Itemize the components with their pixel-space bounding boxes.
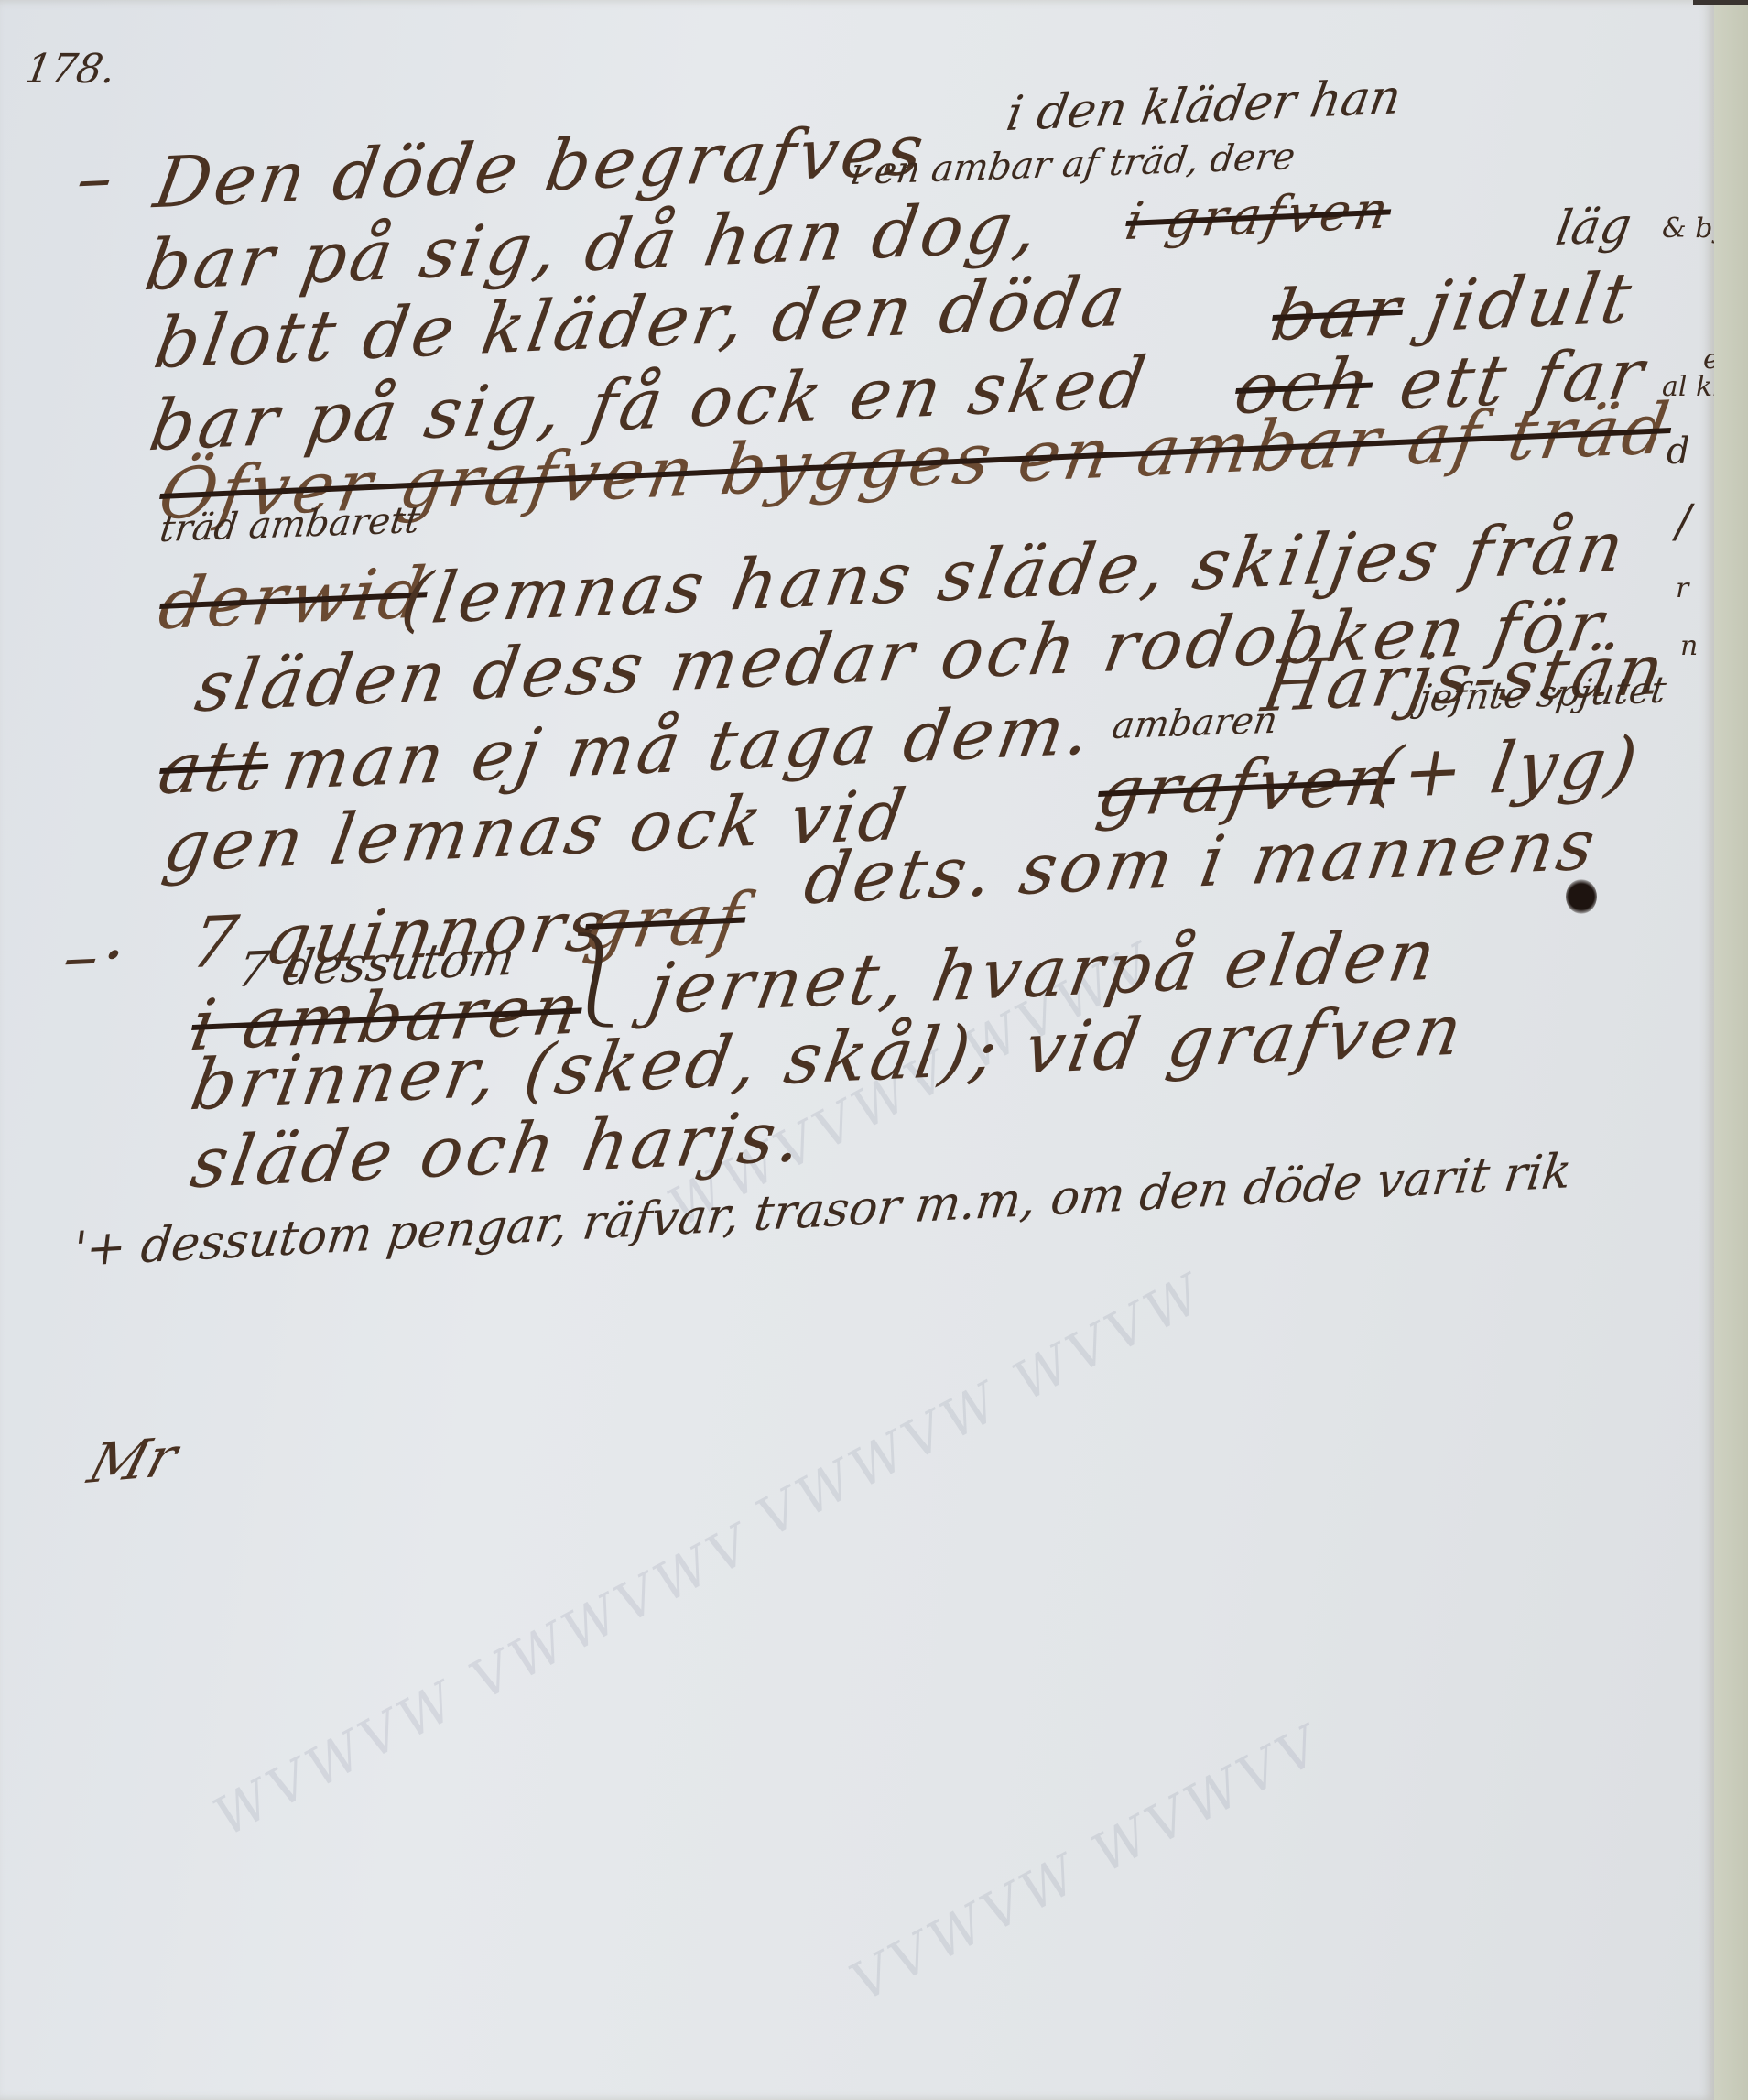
margin-note: d <box>1667 430 1690 473</box>
manuscript-line: gen lemnas ock vid <box>157 773 914 887</box>
insertion-above: ambaren <box>1110 700 1280 748</box>
line-marker: – <box>71 136 123 220</box>
struck-text: derwid <box>153 551 434 645</box>
insertion-right: läg <box>1552 198 1635 256</box>
page-number: 178. <box>22 46 120 92</box>
book-spine-edge <box>1714 0 1748 2100</box>
manuscript-line-tail: dets. som i mannens <box>798 803 1603 919</box>
manuscript-page: WWVVWV WVWV VWWVW WVVW WVWVW VWWVWV VVWV… <box>0 0 1717 2100</box>
manuscript-line-tail: (+ lyg) <box>1366 721 1646 814</box>
margin-note: / <box>1676 495 1691 548</box>
binding-shadow <box>1693 0 1748 5</box>
signature-mark: Mr <box>81 1425 184 1496</box>
ink-blot <box>1566 879 1597 914</box>
bleed-through-text: VVWVW WVWVV <box>841 1712 1334 2014</box>
margin-note: n <box>1680 630 1698 662</box>
margin-note: r <box>1676 572 1688 604</box>
insertion-above: träd ambarett <box>157 499 423 550</box>
bleed-through-text: VWWVW WVVW <box>747 1260 1216 1549</box>
struck-text: i grafven <box>1122 180 1396 252</box>
line-marker: –· <box>57 913 135 998</box>
insertion-right: jefnte spjutet <box>1417 669 1669 720</box>
bracket: ⎱ <box>549 907 641 1039</box>
struck-text: att <box>153 723 275 810</box>
bleed-through-text: WVWVW VWWVWV <box>204 1511 765 1849</box>
insertion-above: i den kläder han <box>1003 70 1406 142</box>
